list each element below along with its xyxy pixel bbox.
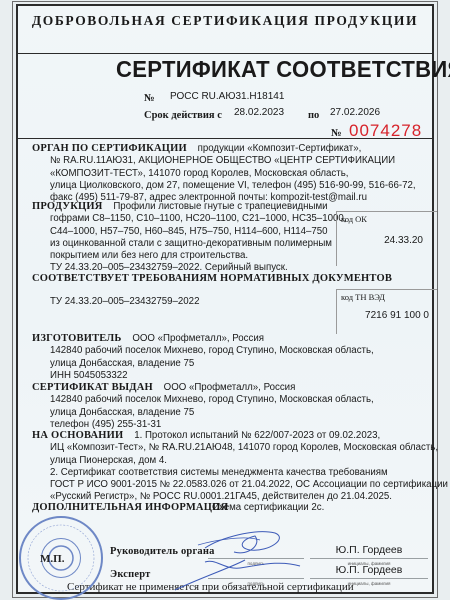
basis-section: НА ОСНОВАНИИ 1. Протокол испытаний № 622… <box>32 430 448 504</box>
manufacturer-section: ИЗГОТОВИТЕЛЬ ООО «Профметалл», Россия 14… <box>32 333 374 382</box>
stamp-place-label: М.П. <box>40 553 64 565</box>
tnved-code-label: код ТН ВЭД <box>341 292 385 302</box>
basis-line: ГОСТ Р ИСО 9001-2015 № 22.0583.026 от 21… <box>32 479 448 491</box>
issued-to-section: СЕРТИФИКАТ ВЫДАН ООО «Профметалл», Росси… <box>32 382 374 431</box>
basis-line: улица Пионерская, дом 4. <box>32 455 448 467</box>
manufacturer-line: 142840 рабочий поселок Михнево, город Ст… <box>32 345 374 357</box>
product-line: покрытием или без него для строительства… <box>32 250 346 262</box>
voluntary-certification-heading: ДОБРОВОЛЬНАЯ СЕРТИФИКАЦИЯ ПРОДУКЦИИ <box>18 13 432 29</box>
expert-signature-line <box>208 578 304 579</box>
additional-info-label: ДОПОЛНИТЕЛЬНАЯ ИНФОРМАЦИЯ <box>32 502 228 513</box>
manufacturer-line: ООО «Профметалл», Россия <box>132 333 264 344</box>
certificate-sheet: ДОБРОВОЛЬНАЯ СЕРТИФИКАЦИЯ ПРОДУКЦИИ СЕРТ… <box>16 4 434 594</box>
manufacturer-label: ИЗГОТОВИТЕЛЬ <box>32 333 122 344</box>
product-line: из оцинкованной стали с защитно-декорати… <box>32 238 346 250</box>
tnved-code-box: код ТН ВЭД 7216 91 100 0 <box>336 289 437 334</box>
expert-name-line <box>310 578 428 579</box>
head-name-line <box>310 558 428 559</box>
basis-line: 2. Сертификат соответствия системы менед… <box>32 467 448 479</box>
basis-label: НА ОСНОВАНИИ <box>32 430 123 441</box>
valid-to: 27.02.2026 <box>330 107 380 118</box>
expert-label: Эксперт <box>110 569 151 580</box>
product-line: гофрами С8–1150, С10–1100, НС20–1100, С2… <box>32 213 346 225</box>
product-line: Профили листовые гнутые с трапециевидным… <box>113 201 327 212</box>
manufacturer-line: ИНН 5045053322 <box>32 370 374 382</box>
ok-code-value: 24.33.20 <box>384 235 423 246</box>
certification-body-line: «КОМПОЗИТ-ТЕСТ», 141070 город Королев, М… <box>32 168 416 180</box>
issued-to-label: СЕРТИФИКАТ ВЫДАН <box>32 382 153 393</box>
validity-label: Срок действия с <box>144 110 222 121</box>
tnved-code-value: 7216 91 100 0 <box>365 310 429 321</box>
product-section: ПРОДУКЦИЯ Профили листовые гнутые с трап… <box>32 201 346 275</box>
normative-document: ТУ 24.33.20–005–23432759–2022 <box>50 296 199 308</box>
conformity-label: СООТВЕТСТВУЕТ ТРЕБОВАНИЯМ НОРМАТИВНЫХ ДО… <box>32 273 392 284</box>
number-label: № <box>144 93 155 104</box>
certification-body-label: ОРГАН ПО СЕРТИФИКАЦИИ <box>32 143 187 154</box>
ok-code-label: код ОК <box>341 214 367 224</box>
body-divider <box>18 138 432 139</box>
issued-to-line: улица Донбасская, владение 75 <box>32 407 374 419</box>
head-label: Руководитель органа <box>110 546 215 557</box>
valid-from: 28.02.2023 <box>234 107 284 118</box>
basis-line: ИЦ «Композит-Тест», № RA.RU.21АЮ48, 1410… <box>32 442 448 454</box>
signature-caption: подпись <box>208 561 304 566</box>
additional-info-value: Схема сертификации 2с. <box>212 502 324 514</box>
issued-to-line: 142840 рабочий поселок Михнево, город Ст… <box>32 394 374 406</box>
product-label: ПРОДУКЦИЯ <box>32 201 103 212</box>
certification-body-section: ОРГАН ПО СЕРТИФИКАЦИИ продукции «Компози… <box>32 143 416 204</box>
head-signature-line <box>208 558 304 559</box>
manufacturer-line: улица Донбасская, владение 75 <box>32 358 374 370</box>
page-title: СЕРТИФИКАТ СООТВЕТСТВИЯ <box>116 56 450 83</box>
footer-note: Сертификат не применяется при обязательн… <box>67 581 354 593</box>
issued-to-line: ООО «Профметалл», Россия <box>164 382 296 393</box>
ok-code-box: код ОК 24.33.20 <box>336 211 437 266</box>
expert-name: Ю.П. Гордеев <box>310 564 428 576</box>
head-name: Ю.П. Гордеев <box>310 544 428 556</box>
certification-body-line: продукции «Композит-Сертификат», <box>198 143 362 154</box>
header-divider <box>18 53 432 54</box>
certification-body-line: № RA.RU.11АЮ31, АКЦИОНЕРНОЕ ОБЩЕСТВО «ЦЕ… <box>32 155 416 167</box>
certificate-number: РОСС RU.АЮ31.Н18141 <box>170 91 284 102</box>
product-line: С44–1000, Н57–750, Н60–845, Н75–750, Н11… <box>32 226 346 238</box>
certification-body-line: улица Циолковского, дом 27, помещение VI… <box>32 180 416 192</box>
basis-line: 1. Протокол испытаний № 622/007-2023 от … <box>134 430 380 441</box>
valid-to-label: по <box>308 110 319 121</box>
